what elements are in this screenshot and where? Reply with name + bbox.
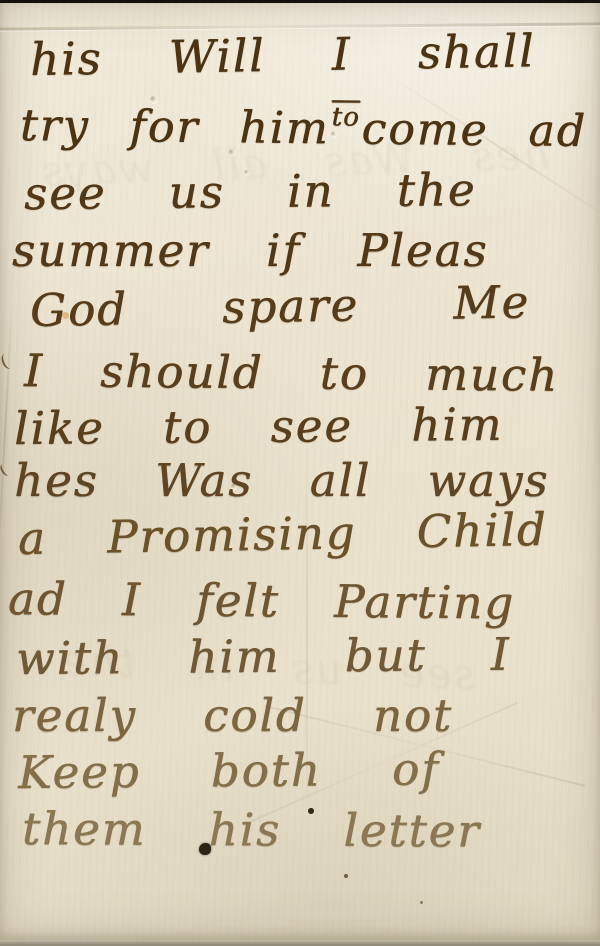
handwriting-line: Keep both of <box>18 742 440 799</box>
letter-paper: hes Was all ways see us in the his Will … <box>0 3 600 940</box>
handwriting-line: God spare Me <box>30 275 531 337</box>
handwriting-line: hes Was all ways <box>14 454 549 507</box>
stray-ink-mark <box>0 352 16 371</box>
stray-ink-mark <box>0 462 13 478</box>
handwriting-line: summer if Pleas <box>12 224 488 277</box>
handwriting-line: like to see him <box>14 398 504 455</box>
handwriting-line: realy cold not <box>12 689 453 742</box>
handwriting-line: see us in the <box>24 163 477 220</box>
scan-edge-bottom <box>0 940 600 946</box>
fold-crease-left-edge <box>0 303 13 563</box>
superscript-word: to <box>331 102 359 132</box>
handwriting-line: his Will I shall <box>30 24 536 86</box>
handwriting-line: ad I felt Parting <box>8 572 515 629</box>
handwriting-line: them his letter <box>22 802 481 857</box>
scanned-letter-page: hes Was all ways see us in the his Will … <box>0 0 600 946</box>
handwriting-line: I should to much <box>24 344 560 402</box>
ink-speck <box>344 874 348 878</box>
handwriting-line: a Promising Child <box>18 503 549 565</box>
handwriting-segment: come ad <box>361 104 587 157</box>
handwriting-line: with him but I <box>16 628 511 685</box>
handwriting-line: try for himtocome ad <box>20 99 587 157</box>
handwriting-segment: try for him <box>20 100 330 154</box>
ink-speck <box>420 901 423 904</box>
